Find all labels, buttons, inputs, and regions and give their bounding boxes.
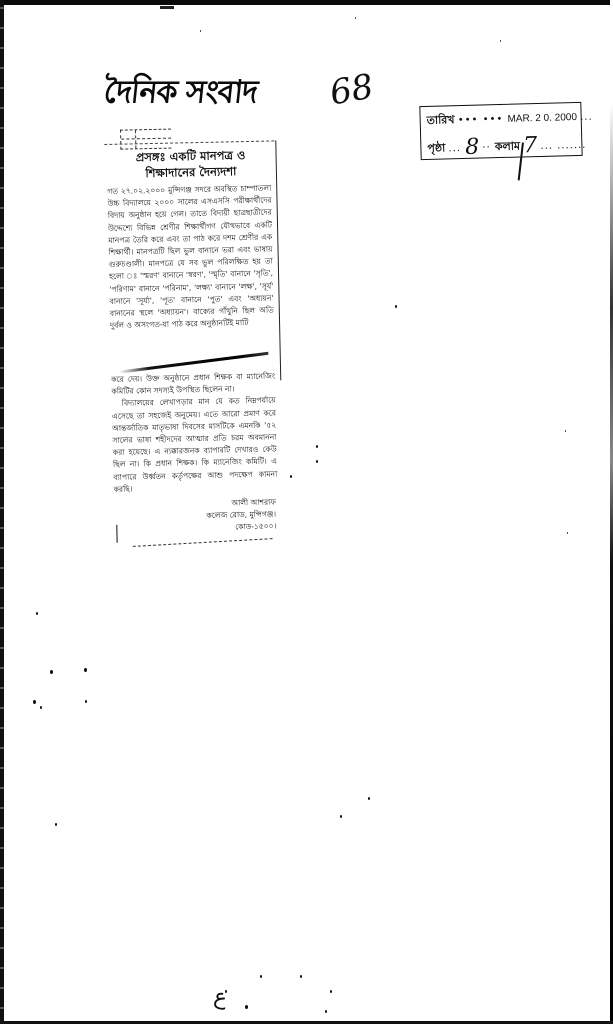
clipping-right-rule — [275, 140, 281, 380]
newspaper-masthead: দৈনিক সংবাদ — [101, 67, 259, 121]
article-paragraph-3: বিদ্যালয়ের লেখাপড়ার মান যে কত নিম্নপর্… — [112, 395, 278, 496]
scan-mark — [160, 6, 174, 9]
stamp-date-row: তারিখ ••• ••• MAR. 2 0. 2000 ... — [426, 108, 592, 131]
article-paragraph-1: গত ২৭.০২.২০০০ মুন্সিগঞ্জ সদরে অবস্থিত চা… — [107, 183, 274, 333]
speck — [340, 815, 342, 818]
clipping-bottom-rule — [133, 538, 273, 547]
stamp-dots: ... — [580, 112, 593, 123]
speck — [40, 706, 42, 709]
stamp-dots: ... ....... — [540, 140, 586, 152]
clipping-left-tick — [116, 525, 117, 543]
stamp-date-label: তারিখ — [427, 113, 455, 127]
article-body-2: করে দেয়। উক্ত অনুষ্ঠানে প্রধান শিক্ষক ব… — [111, 370, 278, 495]
stamp-page-value: 8 — [465, 135, 480, 160]
article-signature: আলী আশরাফ কলেজ রোড, মুন্সিগঞ্জ। কোড-১৫০০… — [206, 496, 276, 533]
speck — [567, 532, 568, 534]
speck — [500, 40, 501, 42]
stamp-column-value: 7 — [523, 133, 538, 158]
stamp-column-label: কলাম — [495, 140, 521, 154]
newspaper-clipping: প্রসঙ্গঃ একটি মানপত্র ও শিক্ষাদানের দৈন্… — [104, 126, 285, 550]
stamp-dots: ·· — [482, 142, 495, 153]
stamp-dots: ... — [448, 143, 465, 154]
signature-postcode: কোড-১৫০০। — [207, 520, 277, 533]
speck — [300, 975, 302, 978]
speck — [565, 430, 566, 432]
article-paragraph-2: করে দেয়। উক্ত অনুষ্ঠানে প্রধান শিক্ষক ব… — [111, 370, 275, 398]
date-page-stamp: তারিখ ••• ••• MAR. 2 0. 2000 ... পৃষ্ঠা … — [419, 102, 582, 160]
speck — [325, 1010, 327, 1013]
speck — [33, 700, 36, 704]
article-headline: প্রসঙ্গঃ একটি মানপত্র ও শিক্ষাদানের দৈন্… — [106, 146, 275, 182]
clipping-corner-grid — [120, 129, 171, 150]
scan-edge-top — [0, 0, 613, 5]
stamp-date-value: MAR. 2 0. 2000 — [507, 112, 577, 125]
speck — [84, 668, 87, 672]
speck — [200, 30, 201, 32]
speck — [290, 475, 292, 478]
speck — [355, 17, 356, 19]
scan-edge-left — [0, 0, 4, 1024]
speck — [316, 460, 318, 463]
speck — [260, 975, 262, 978]
speck — [36, 612, 38, 615]
stamp-page-row: পৃষ্ঠা ... 8 ·· কলাম 7 ... ....... — [427, 129, 587, 159]
speck — [85, 700, 87, 703]
headline-line-2: শিক্ষাদানের দৈন্যদশা — [107, 162, 275, 182]
speck — [245, 1005, 248, 1009]
speck — [50, 670, 53, 674]
speck — [395, 305, 397, 308]
stamp-page-label: পৃষ্ঠা — [427, 141, 445, 154]
speck — [316, 445, 318, 448]
speck — [330, 990, 332, 993]
speck — [55, 823, 57, 826]
stamp-dots: ••• ••• — [458, 114, 508, 126]
speck — [368, 797, 370, 800]
scan-smudge: ﻉ — [212, 984, 229, 1011]
handwritten-page-number: 68 — [327, 67, 377, 114]
